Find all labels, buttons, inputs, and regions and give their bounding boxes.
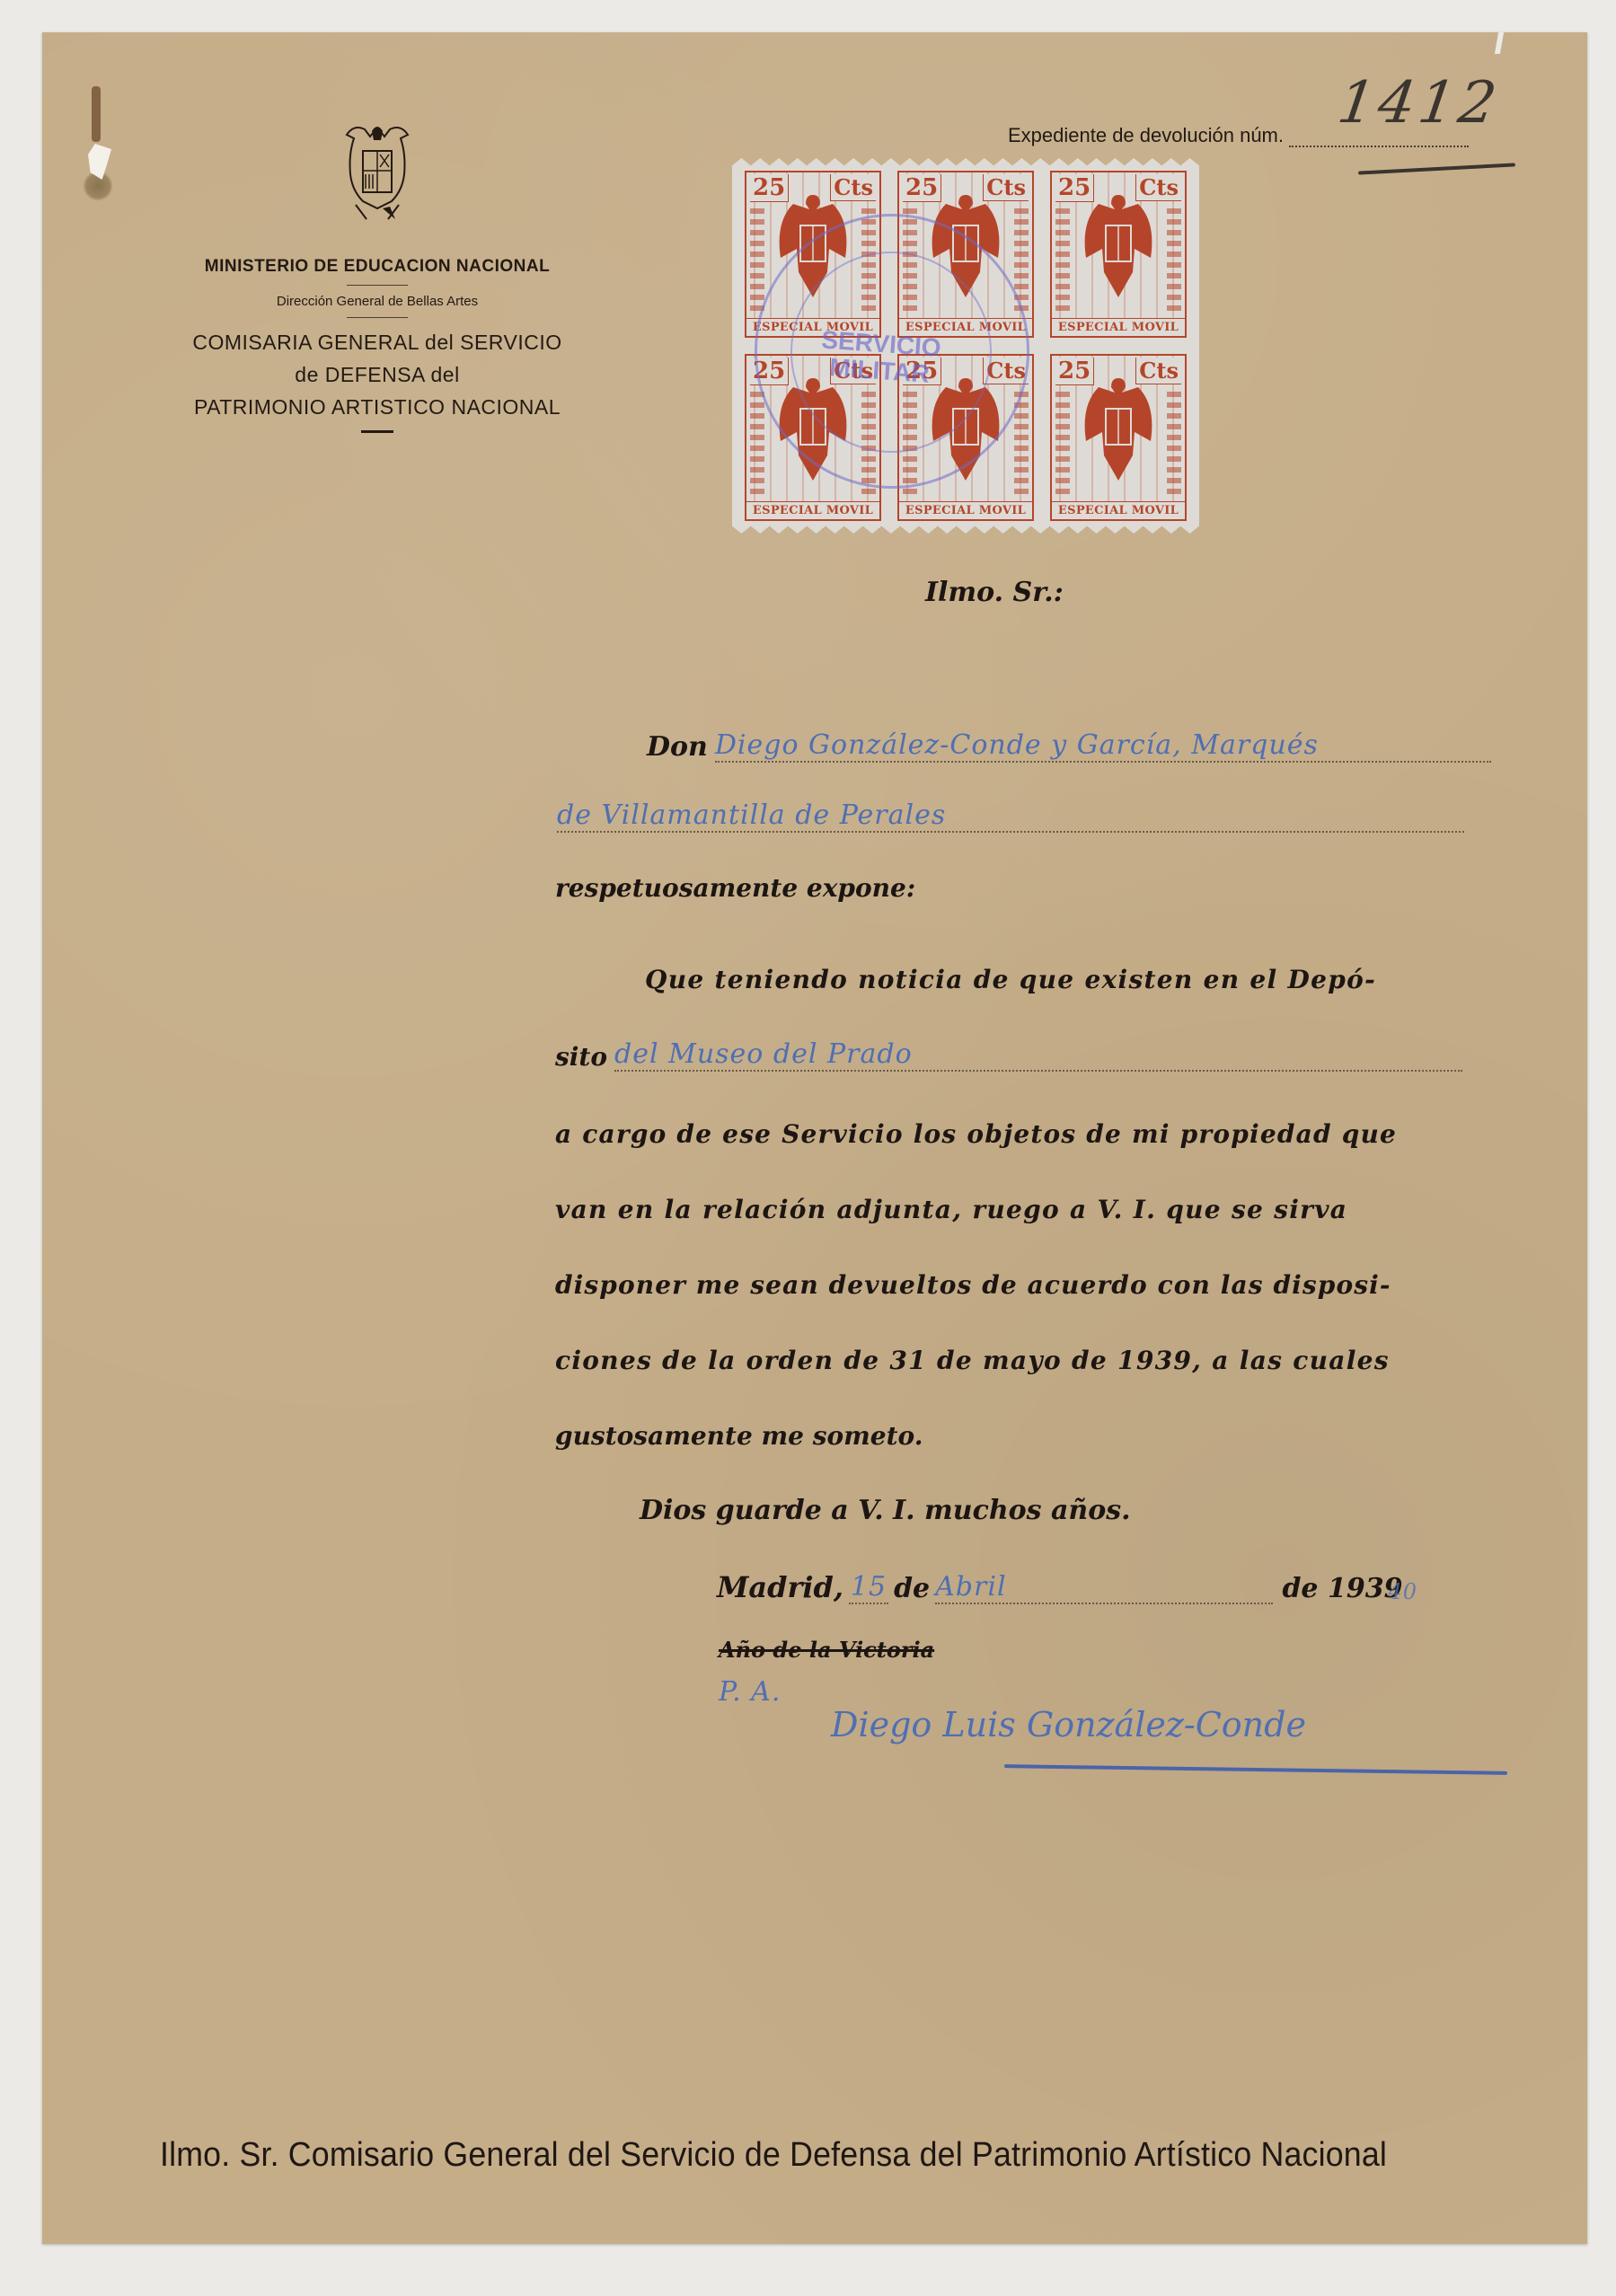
rust-stain — [92, 86, 101, 142]
year-correction: 40 — [1388, 1579, 1417, 1604]
paragraph-line: van en la relación adjunta, ruego a V. I… — [555, 1195, 1347, 1224]
place-label: Madrid, — [717, 1570, 843, 1604]
coat-of-arms-icon — [336, 119, 419, 226]
expediente-number: 1412 — [1334, 70, 1504, 137]
revenue-stamp: 25 Cts ESPECIAL MOVIL — [1050, 171, 1187, 338]
stamp-label: ESPECIAL MOVIL — [1052, 318, 1185, 336]
expone-text: respetuosamente expone: — [555, 873, 915, 903]
paragraph-line: disponer me sean devueltos de acuerdo co… — [555, 1270, 1391, 1300]
comisaria-line: de DEFENSA del — [153, 358, 602, 391]
comisaria-line: COMISARIA GENERAL del SERVICIO — [153, 326, 602, 358]
sito-label: sito — [555, 1042, 607, 1072]
revenue-stamp: 25 Cts ESPECIAL MOVIL — [1050, 354, 1187, 521]
don-name-line1[interactable]: Diego González-Conde y García, Marqués — [715, 729, 1491, 763]
stamp-label: ESPECIAL MOVIL — [899, 501, 1032, 519]
don-field-continued: de Villamantilla de Perales — [557, 799, 1464, 833]
eagle-icon — [1075, 186, 1161, 303]
paragraph-line: Que teniendo noticia de que existen en e… — [645, 965, 1376, 994]
deposito-field: sito del Museo del Prado — [555, 1038, 1462, 1072]
date-field: Madrid, 15 de Abril de 1939 40 — [717, 1570, 1417, 1604]
stamp-label: ESPECIAL MOVIL — [1052, 501, 1185, 519]
deposito-value[interactable]: del Museo del Prado — [614, 1038, 1462, 1072]
eagle-icon — [1075, 369, 1161, 486]
paragraph-line: gustosamente me someto. — [555, 1421, 923, 1451]
de-label: de — [894, 1573, 930, 1604]
expediente-label: Expediente de devolución núm. — [1008, 124, 1284, 147]
pa-annotation: P. A. — [719, 1676, 781, 1708]
divider — [361, 430, 393, 433]
closing-text: Dios guarde a V. I. muchos años. — [640, 1495, 1131, 1526]
signature: Diego Luis González-Conde — [831, 1705, 1306, 1744]
divider — [347, 317, 408, 318]
paragraph-line: a cargo de ese Servicio los objetos de m… — [555, 1119, 1397, 1149]
don-field: Don Diego González-Conde y García, Marqu… — [647, 729, 1491, 763]
year-label: de 1939 — [1282, 1573, 1402, 1604]
stamp-label: ESPECIAL MOVIL — [746, 501, 879, 519]
don-name-line2[interactable]: de Villamantilla de Perales — [557, 799, 1464, 833]
victoria-struck-text: Año de la Victoria — [719, 1637, 934, 1663]
month-value[interactable]: Abril — [935, 1571, 1273, 1604]
day-value[interactable]: 15 — [849, 1571, 888, 1604]
paragraph-line: ciones de la orden de 31 de mayo de 1939… — [555, 1346, 1390, 1375]
comisaria-line: PATRIMONIO ARTISTICO NACIONAL — [153, 391, 602, 423]
divider — [347, 285, 408, 286]
ministry-name: MINISTERIO DE EDUCACION NACIONAL — [153, 257, 602, 277]
don-label: Don — [647, 731, 708, 763]
greeting: Ilmo. Sr.: — [925, 577, 1064, 608]
addressee-footer: Ilmo. Sr. Comisario General del Servicio… — [160, 2136, 1387, 2175]
direction-name: Dirección General de Bellas Artes — [153, 294, 602, 309]
letterhead: MINISTERIO DE EDUCACION NACIONAL Direcci… — [153, 119, 602, 433]
